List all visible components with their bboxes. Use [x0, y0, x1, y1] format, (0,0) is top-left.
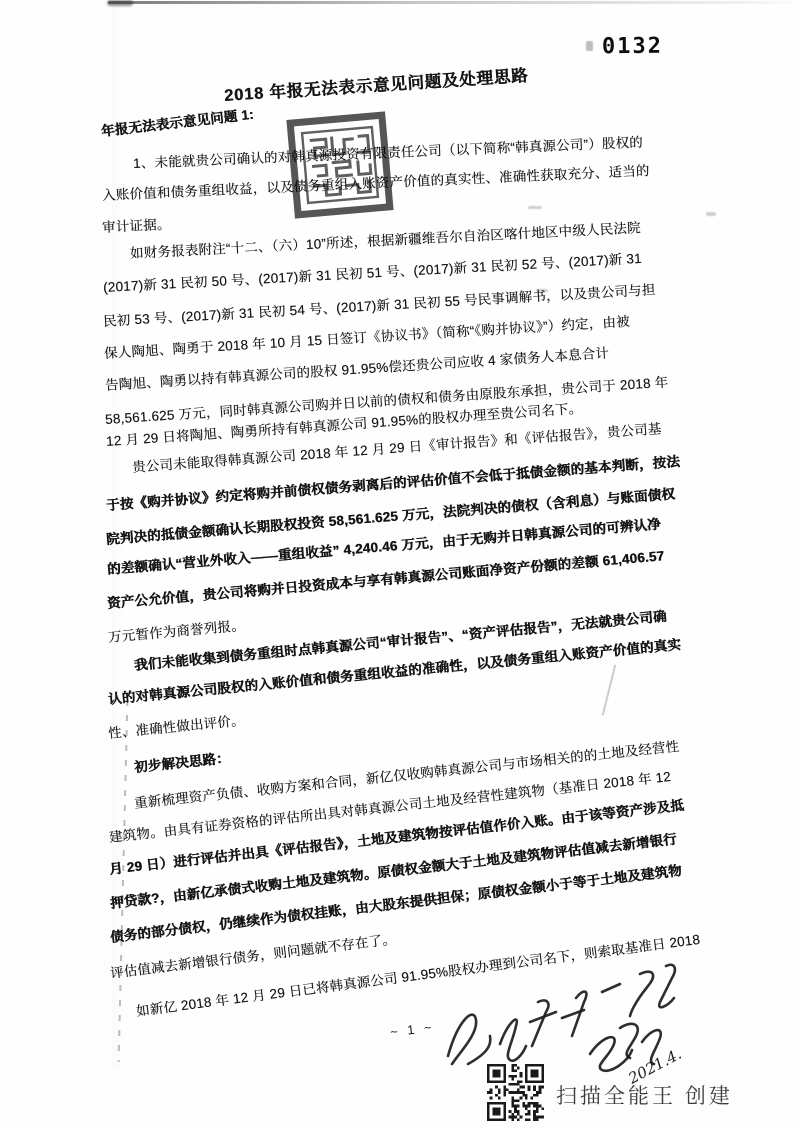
company-seal-icon [284, 110, 396, 221]
handwritten-annotation: 2021.4. [432, 958, 722, 1098]
scan-corner-shadow-artifact [107, 0, 133, 6]
doc-line: 审计证据。 [102, 213, 171, 236]
scanned-document-page: 0132 2018 年报无法表示意见问题及处理思路 年报无法表示意见问题 1: … [0, 0, 801, 1129]
scan-smudge [528, 206, 542, 209]
page-number-stamp: 0132 [602, 34, 663, 60]
scanner-credit-label: 扫描全能王 创建 [556, 1080, 733, 1110]
qr-code-icon [487, 1064, 544, 1121]
scan-top-edge-artifact [108, 1, 798, 4]
scan-smudge [706, 212, 716, 216]
scan-smudge [586, 41, 593, 51]
